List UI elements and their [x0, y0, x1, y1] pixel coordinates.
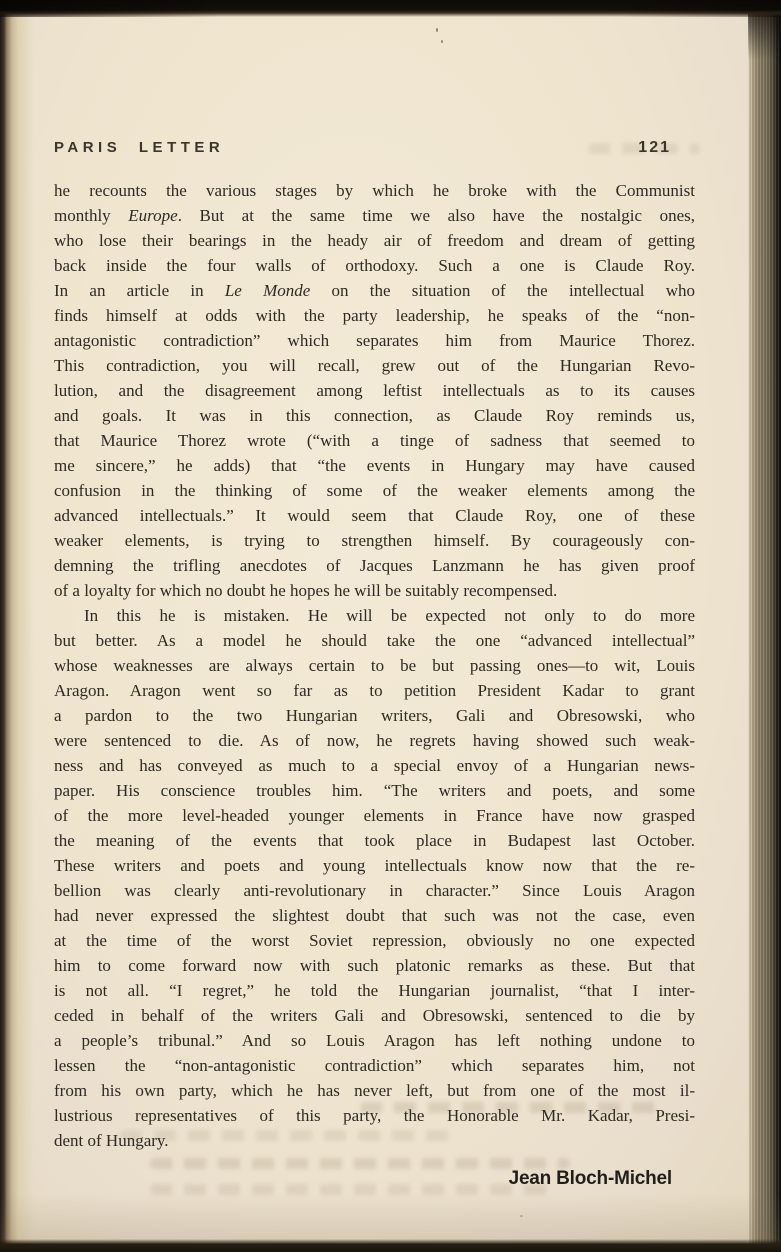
text-line: that Maurice Thorez wrote (“with a tinge… [54, 428, 695, 453]
text-line: dent of Hungary. [54, 1128, 695, 1153]
scan-top-border [0, 0, 781, 17]
text-line: This contradiction, you will recall, gre… [54, 353, 695, 378]
text-line: In an article in Le Monde on the situati… [54, 278, 695, 303]
text-line: from his own party, which he has never l… [54, 1078, 695, 1103]
text-line: and goals. It was in this connection, as… [54, 403, 695, 428]
text-line: who lose their bearings in the heady air… [54, 228, 695, 253]
dust-speck [436, 28, 438, 32]
text-line: monthly Europe. But at the same time we … [54, 203, 695, 228]
running-head: PARIS LETTER [54, 139, 224, 156]
text-line: These writers and poets and young intell… [54, 853, 695, 878]
text-line: confusion in the thinking of some of the… [54, 478, 695, 503]
text-line: In this he is mistaken. He will be expec… [54, 603, 695, 628]
text-line: at the time of the worst Soviet repressi… [54, 928, 695, 953]
scan-bottom-border [0, 1239, 781, 1252]
text-line: he recounts the various stages by which … [54, 178, 695, 203]
page-left-gutter-shadow [0, 0, 34, 1252]
text-line: bellion was clearly anti-revolutionary i… [54, 878, 695, 903]
page-header: PARIS LETTER 121 [54, 139, 695, 157]
text-line: a people’s tribunal.” And so Louis Arago… [54, 1028, 695, 1053]
text-line: were sentenced to die. As of now, he reg… [54, 728, 695, 753]
italic-title: Le Monde [225, 281, 310, 300]
book-page-edges [748, 0, 781, 1252]
text-line: ceded in behalf of the writers Gali and … [54, 1003, 695, 1028]
text-line: antagonistic contradiction” which separa… [54, 328, 695, 353]
dust-speck [520, 1215, 523, 1217]
text-line: finds himself at odds with the party lea… [54, 303, 695, 328]
text-line: a pardon to the two Hungarian writers, G… [54, 703, 695, 728]
text-line: ness and has conveyed as much to a speci… [54, 753, 695, 778]
text-line: of the more level-headed younger element… [54, 803, 695, 828]
text-line: but better. As a model he should take th… [54, 628, 695, 653]
text-line: weaker elements, is trying to strengthen… [54, 528, 695, 553]
author-signature: Jean Bloch-Michel [54, 1168, 695, 1190]
text-line: back inside the four walls of orthodoxy.… [54, 253, 695, 278]
text-line: him to come forward now with such platon… [54, 953, 695, 978]
text-line: is not all. “I regret,” he told the Hung… [54, 978, 695, 1003]
text-line: paper. His conscience troubles him. “The… [54, 778, 695, 803]
italic-title: Europe [128, 206, 177, 225]
text-line: whose weaknesses are always certain to b… [54, 653, 695, 678]
text-line: demning the trifling anecdotes of Jacque… [54, 553, 695, 578]
text-line: advanced intellectuals.” It would seem t… [54, 503, 695, 528]
scanned-book-page: PARIS LETTER 121 he recounts the various… [0, 0, 781, 1252]
page-bottom-shading [0, 1192, 781, 1242]
text-line: the meaning of the events that took plac… [54, 828, 695, 853]
text-line: lustrious representatives of this party,… [54, 1103, 695, 1128]
body-text: he recounts the various stages by which … [54, 178, 695, 1153]
text-line: me sincere,” he adds) that “the events i… [54, 453, 695, 478]
text-line: lessen the “non-antagonistic contradicti… [54, 1053, 695, 1078]
page-number: 121 [638, 139, 671, 157]
text-line: lution, and the disagreement among lefti… [54, 378, 695, 403]
text-line: of a loyalty for which no doubt he hopes… [54, 578, 695, 603]
text-line: had never expressed the slightest doubt … [54, 903, 695, 928]
text-line: Aragon. Aragon went so far as to petitio… [54, 678, 695, 703]
printed-content: PARIS LETTER 121 he recounts the various… [54, 139, 695, 1190]
dust-speck [441, 40, 443, 43]
